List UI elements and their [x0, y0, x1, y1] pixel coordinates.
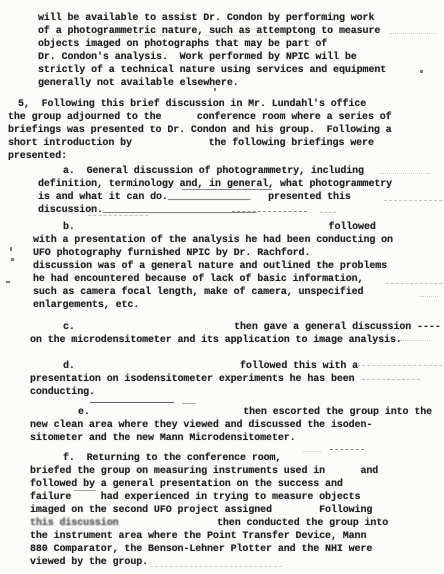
doc-line: f. Returning to the conference room, [63, 452, 281, 465]
redaction-strike [90, 402, 174, 403]
doc-line: on the microdensitometer and its applica… [30, 334, 402, 347]
doc-line: presented: [8, 150, 67, 163]
doc-line: generally not available elsewhere. [38, 77, 239, 90]
doc-line: sitometer and the new Mann Microdensitom… [30, 432, 296, 445]
scan-artifact-dots [420, 296, 438, 297]
scan-speck [420, 70, 423, 73]
doc-line: failure had experienced in trying to mea… [30, 491, 360, 504]
scan-artifact-dots [400, 340, 430, 341]
scanned-document-page: will be available to assist Dr. Condon b… [0, 0, 444, 574]
doc-line: c. then gave a general discussion ---- [63, 321, 441, 334]
scan-artifact-dots [390, 33, 436, 34]
doc-line: of a photogrammetric nature, such as att… [38, 25, 380, 38]
redaction-underline [182, 189, 272, 190]
scan-speck [214, 88, 216, 91]
scan-artifact-dashes [386, 283, 442, 284]
scan-speck [6, 281, 10, 283]
scan-artifact-dashes [352, 365, 442, 366]
scan-artifact-dashes [320, 212, 336, 213]
doc-line-faded: this discussion [30, 517, 119, 530]
scan-speck [11, 258, 14, 261]
doc-line: short introduction by the following brie… [8, 137, 374, 150]
doc-line: viewed by the group. [30, 556, 148, 569]
doc-line: is and what it can do.______________ pre… [38, 191, 351, 204]
doc-line: the group adjourned to the conference ro… [8, 111, 392, 124]
scan-artifact-dashes [232, 211, 307, 212]
scan-artifact-dashes [88, 215, 148, 216]
doc-line: with a presentation of the analysis he h… [33, 234, 393, 247]
doc-line: UFO photography furnished NPIC by Dr. Ra… [33, 247, 310, 260]
doc-line: will be available to assist Dr. Condon b… [38, 12, 374, 25]
doc-line: then conducted the group into [217, 517, 388, 530]
doc-line: conducting. [30, 386, 95, 399]
redaction-strike [74, 490, 96, 491]
scan-artifact-dots [303, 451, 321, 452]
doc-line: 880 Comparator, the Benson-Lehner Plotte… [30, 543, 372, 556]
doc-line: d. followed this with a [63, 360, 358, 373]
doc-line: briefed the group on measuring instrumen… [30, 465, 378, 478]
scan-artifact-dashes [362, 379, 420, 380]
doc-line: objects imaged on photographs that may b… [38, 38, 327, 51]
scan-artifact-dashes [384, 200, 442, 201]
doc-line: enlargements, etc. [33, 299, 139, 312]
doc-line: new clean area where they viewed and dis… [30, 419, 372, 432]
scan-artifact-dots [380, 173, 430, 174]
doc-line: imaged on the second UFO project assigne… [30, 504, 372, 517]
scan-artifact-underline [205, 35, 295, 36]
doc-line: Dr. Condon's analysis. Work performed by… [38, 51, 357, 64]
doc-line: strictly of a technical nature using ser… [38, 64, 386, 77]
doc-line: b. followed [63, 221, 376, 234]
doc-line: 5, Following this brief discussion in Mr… [18, 98, 366, 111]
doc-line: a. General discussion of photogrammetry,… [63, 165, 364, 178]
doc-line: e. then escorted the group into the [78, 406, 432, 419]
doc-line: such as camera focal length, make of cam… [33, 286, 363, 299]
doc-line: briefings was presented to Dr. Condon an… [8, 124, 392, 137]
redaction-strike [182, 403, 196, 404]
scan-speck [10, 247, 12, 251]
doc-line: presentation on isodensitometer experime… [30, 373, 355, 386]
doc-line: he had encountered because of lack of ba… [33, 273, 363, 286]
doc-line: discussion was of a general nature and o… [33, 260, 387, 273]
scan-artifact-dashes [330, 449, 364, 450]
doc-line: the instrument area where the Point Tran… [30, 530, 366, 543]
redaction-underline [150, 566, 282, 567]
scan-artifact-underline [52, 35, 167, 36]
